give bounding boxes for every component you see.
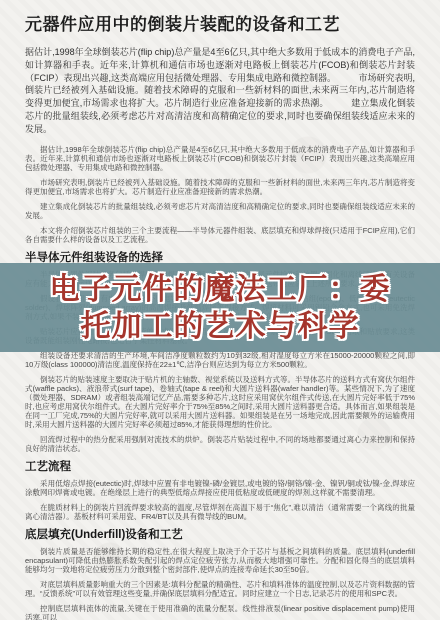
paragraph: 采用低熔点焊接(eutectic)时,焊球中应置有非电镀镍-磷/金镀层,或电镀的… xyxy=(25,479,415,497)
paragraph: 控制底层填料流体的流量,关键在于使用准确的流量分配泵。线性排液泵(linear … xyxy=(25,604,415,620)
intro-paragraph: 据估计,1998年全球倒装芯片(flip chip)总产量是4至6亿只,其中绝大… xyxy=(25,145,415,172)
section-heading-process-flow: 工艺流程 xyxy=(25,460,415,474)
article-screenshot: { "article": { "title": "元器件应用中的倒装片装配的设备… xyxy=(0,0,440,620)
page-title: 元器件应用中的倒装片装配的设备和工艺 xyxy=(25,14,415,36)
paragraph: 对底层填料质量影响重大的三个因素是:填料分配量的精确性、芯片和填料准体的温度控制… xyxy=(25,580,415,598)
banner-title-line1: 电子元件的魔法工厂：委 xyxy=(50,273,391,306)
paragraph: 回流焊过程中的热分配采用强制对流技术的烘炉。倒装芯片贴装过程中,不同的场地都要通… xyxy=(25,435,415,453)
watermark-banner: 电子元件的魔法工厂：委 托加工的艺术与科学 xyxy=(0,263,440,352)
banner-title: 电子元件的魔法工厂：委 托加工的艺术与科学 xyxy=(50,271,391,345)
intro-paragraph: 本文将介绍倒装芯片组装的三个主要流程——半导体元器件组装、底层填充和焊球焊接(只… xyxy=(25,226,415,244)
intro-paragraph: 建立集成化倒装芯片的批量组装线,必须考虑芯片对高清洁度和高精确定位的要求,同时也… xyxy=(25,202,415,220)
paragraph: 倒装芯片的贴装速度主要取决于贴片机的主轴数、视觉系统以及送料方式等。半导体芯片的… xyxy=(25,375,415,429)
paragraph: 组装设备还要求清洁的生产环境,车间洁净度颗粒数约为10到32级,相对湿度每立方米… xyxy=(25,351,415,369)
paragraph: 在脆质材料上的倒装片回流焊要求较高的温度,尽管焊剂在高温下易于“焦化”,难以清洁… xyxy=(25,503,415,521)
paragraph: 倒装片质量是否能够维持长期的稳定性,在很大程度上取决于介于芯片与基板之间填料的质… xyxy=(25,547,415,574)
section-heading-underfill: 底层填充(Underfill)设备和工艺 xyxy=(25,528,415,542)
lead-paragraph: 据估计,1998年全球倒装芯片(flip chip)总产量是4至6亿只,其中绝大… xyxy=(25,46,415,136)
intro-paragraph: 市场研究表明,倒装片已经被列入基础设施。随着技术障碍的克服和一些新材料的面世,未… xyxy=(25,178,415,196)
banner-title-line2: 托加工的艺术与科学 xyxy=(81,310,360,343)
